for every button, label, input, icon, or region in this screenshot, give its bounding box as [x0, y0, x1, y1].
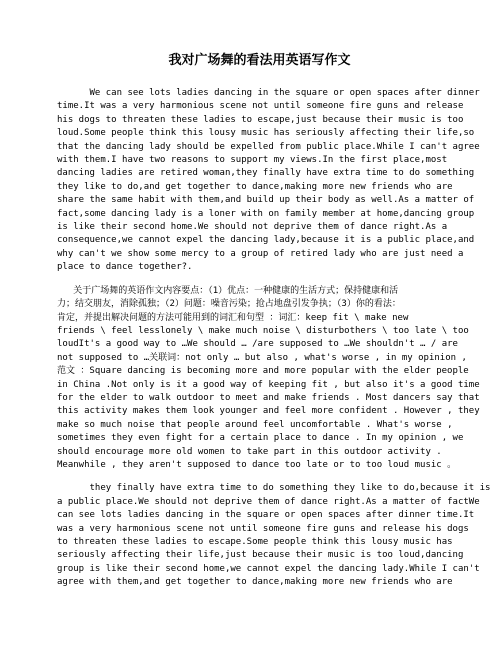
text-line: friends \ feel lesslonely \ make much no… [57, 325, 462, 338]
text-line: was a very harmonious scene not until so… [57, 523, 462, 536]
text-line: Meanwhile , they aren't supposed to danc… [57, 459, 462, 472]
text-line: should encourage more old women to take … [57, 446, 462, 459]
text-line: this activity makes them look younger an… [57, 405, 462, 418]
text-line: place to dance together?. [57, 261, 462, 274]
text-line: sometimes they even fight for a certain … [57, 432, 462, 445]
document-page: 我对广场舞的看法用英语写作文 We can see lots ladies da… [0, 0, 502, 649]
text-line: agree with them,and get together to danc… [57, 576, 462, 589]
text-line: We can see lots ladies dancing in the sq… [57, 87, 462, 100]
paragraph: 关于广场舞的英语作文内容要点：（1）优点：一种健康的生活方式；保持健康和活力；结… [57, 285, 462, 473]
document-title: 我对广场舞的看法用英语写作文 [57, 52, 462, 70]
text-line: they like to do,and get together to danc… [57, 181, 462, 194]
text-line: consequence,we cannot expel the dancing … [57, 234, 462, 247]
text-line: make so much noise that people around fe… [57, 419, 462, 432]
text-line: a public place.We should not deprive the… [57, 496, 462, 509]
text-line: fact,some dancing lady is a loner with o… [57, 208, 462, 221]
paragraph: they finally have extra time to do somet… [57, 482, 462, 589]
text-line: 关于广场舞的英语作文内容要点：（1）优点：一种健康的生活方式；保持健康和活 [57, 285, 462, 298]
text-line: is like their second home.We should not … [57, 221, 462, 234]
text-line: time.It was a very harmonious scene not … [57, 100, 462, 113]
text-line: that the dancing lady should be expelled… [57, 141, 462, 154]
text-line: to threaten these ladies to escape.Some … [57, 536, 462, 549]
text-line: why can't we show some mercy to a group … [57, 248, 462, 261]
text-line: seriously affecting their life,just beca… [57, 549, 462, 562]
text-line: 范文 ：Square dancing is becoming more and … [57, 365, 462, 378]
paragraph: We can see lots ladies dancing in the sq… [57, 87, 462, 275]
text-line: 肯定，并提出解决问题的方法可能用到的词汇和句型 ：词汇：keep fit \ m… [57, 312, 462, 325]
document-body: We can see lots ladies dancing in the sq… [57, 87, 462, 590]
text-line: for the elder to walk outdoor to meet an… [57, 392, 462, 405]
text-line: loudIt's a good way to …We should … /are… [57, 338, 462, 351]
text-line: group is like their second home,we canno… [57, 563, 462, 576]
text-line: with them.I have two reasons to support … [57, 154, 462, 167]
text-line: in China .Not only is it a good way of k… [57, 379, 462, 392]
text-line: 力；结交朋友，消除孤独；（2）问题：噪音污染；抢占地盘引发争执；（3）你的看法： [57, 298, 462, 311]
text-line: can see lots ladies dancing in the squar… [57, 509, 462, 522]
text-line: share the same habit with them,and build… [57, 194, 462, 207]
text-line: they finally have extra time to do somet… [57, 482, 462, 495]
text-line: his dogs to threaten these ladies to esc… [57, 114, 462, 127]
text-line: dancing ladies are retired woman,they fi… [57, 167, 462, 180]
text-line: not supposed to …关联词：not only … but also… [57, 352, 462, 365]
text-line: loud.Some people think this lousy music … [57, 127, 462, 140]
